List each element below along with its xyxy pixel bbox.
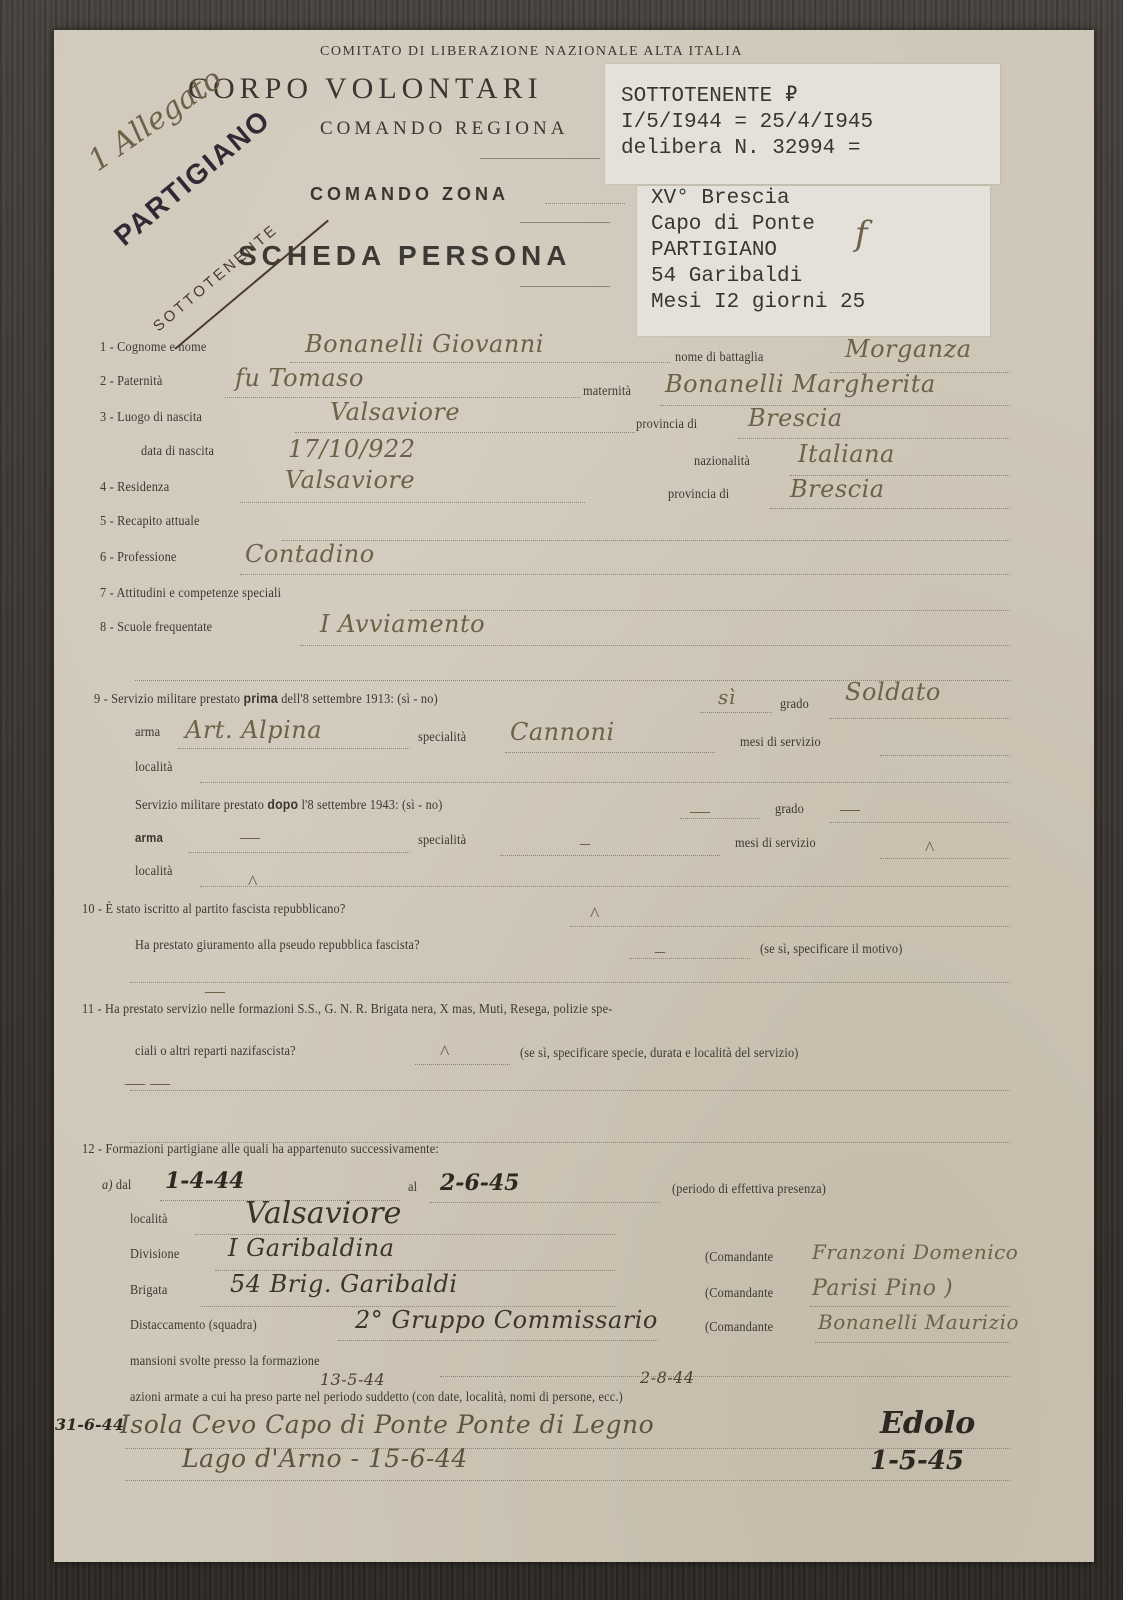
armed-actions-label: azioni armate a cui ha preso parte nel p… bbox=[130, 1390, 623, 1406]
full-name-value: Bonanelli Giovanni bbox=[305, 330, 544, 358]
military-after-label: Servizio militare prestato dopo l'8 sett… bbox=[135, 796, 443, 814]
brigade-label: Brigata bbox=[130, 1283, 167, 1299]
mother-value: Bonanelli Margherita bbox=[665, 370, 936, 398]
military-before-answer: sì bbox=[718, 685, 736, 709]
brigade-line: 54 Garibaldi bbox=[651, 264, 990, 290]
battle-name-label: nome di battaglia bbox=[675, 350, 764, 366]
nazifascist-question-line2: ciali o altri reparti nazifascista? bbox=[135, 1044, 296, 1060]
dots bbox=[410, 610, 1010, 611]
residence-province-label: provincia di bbox=[668, 487, 729, 503]
initial-mark: f bbox=[855, 214, 868, 254]
military-after-answer: — bbox=[690, 800, 710, 823]
regional-command: COMANDO REGIONA bbox=[320, 118, 568, 140]
detachment-label: Distaccamento (squadra) bbox=[130, 1318, 257, 1334]
oath-answer: – bbox=[655, 940, 665, 963]
birthplace-value: Valsaviore bbox=[330, 398, 460, 426]
duration-line: Mesi I2 giorni 25 bbox=[651, 290, 990, 316]
mother-label: maternità bbox=[583, 384, 631, 400]
division-label: Divisione bbox=[130, 1247, 180, 1263]
period-from-value: 1-4-44 bbox=[165, 1168, 245, 1194]
dots bbox=[130, 982, 1010, 983]
specialty-value: Cannoni bbox=[510, 718, 615, 746]
military-before-label: 9 - Servizio militare prestato prima del… bbox=[94, 690, 438, 708]
dots bbox=[338, 1340, 658, 1341]
after-months-value: ^ bbox=[925, 838, 934, 861]
nationality-label: nazionalità bbox=[694, 454, 750, 470]
field-4-label: 4 - Residenza bbox=[100, 480, 169, 496]
location-line: Capo di Ponte bbox=[651, 212, 990, 238]
dots bbox=[570, 926, 1010, 927]
dots bbox=[290, 362, 670, 363]
period-to-value: 2-6-45 bbox=[440, 1170, 520, 1196]
dots bbox=[815, 1342, 1010, 1343]
after-locality-value: ^ bbox=[248, 872, 257, 895]
division-commander-value: Franzoni Domenico bbox=[812, 1240, 1018, 1264]
division-commander-label: (Comandante bbox=[705, 1250, 773, 1266]
field-7-label: 7 - Attitudini e competenze speciali bbox=[100, 586, 281, 602]
dots bbox=[295, 432, 635, 433]
fascist-party-question: 10 - È stato iscritto al partito fascist… bbox=[82, 902, 346, 918]
armed-actions-date-b: 2-8-44 bbox=[640, 1368, 695, 1387]
divider bbox=[520, 222, 610, 223]
field-5-label: 5 - Recapito attuale bbox=[100, 514, 200, 530]
dots bbox=[125, 1480, 1010, 1481]
residence-value: Valsaviore bbox=[285, 466, 415, 494]
dots bbox=[200, 886, 1010, 887]
zone-line: XV° Brescia bbox=[651, 186, 990, 212]
dots bbox=[830, 718, 1010, 719]
division-value: I Garibaldina bbox=[228, 1234, 394, 1262]
arm-label: arma bbox=[135, 725, 160, 741]
father-value: fu Tomaso bbox=[235, 364, 364, 392]
fascist-party-answer: ^ bbox=[590, 904, 599, 927]
oath-question: Ha prestato giuramento alla pseudo repub… bbox=[135, 938, 420, 954]
oath-extra: — bbox=[205, 980, 225, 1003]
armed-actions-line2: Lago d'Arno - 15-6-44 bbox=[182, 1444, 468, 1473]
armed-actions-date-end: 1-5-45 bbox=[870, 1446, 964, 1476]
formation-locality-value: Valsaviore bbox=[245, 1196, 401, 1231]
after-specialty-value: – bbox=[580, 832, 590, 855]
dots bbox=[282, 540, 1010, 541]
dots bbox=[505, 752, 715, 753]
nazifascist-extra: — — bbox=[125, 1072, 170, 1095]
armed-actions-date-c: 31-6-44 bbox=[55, 1415, 124, 1434]
locality-label: località bbox=[135, 760, 173, 776]
form-title: SCHEDA PERSONA bbox=[238, 240, 571, 272]
armed-actions-place-end: Edolo bbox=[880, 1406, 975, 1441]
dots bbox=[130, 1090, 1010, 1091]
brigade-value: 54 Brig. Garibaldi bbox=[230, 1270, 458, 1298]
dots bbox=[430, 1202, 660, 1203]
rank-value: Soldato bbox=[845, 678, 941, 706]
dots bbox=[178, 748, 410, 749]
divider bbox=[480, 158, 600, 159]
period-from-label: a) dal bbox=[102, 1178, 131, 1194]
divider bbox=[520, 286, 610, 287]
period-note: (periodo di effettiva presenza) bbox=[672, 1182, 826, 1198]
specialty-label: specialità bbox=[418, 730, 466, 746]
birth-province-value: Brescia bbox=[748, 404, 843, 432]
after-months-label: mesi di servizio bbox=[735, 836, 816, 852]
committee-header: COMITATO DI LIBERAZIONE NAZIONALE ALTA I… bbox=[320, 44, 743, 60]
residence-province-value: Brescia bbox=[790, 475, 885, 503]
after-locality-label: località bbox=[135, 864, 173, 880]
dots bbox=[500, 855, 720, 856]
nazifascist-note: (se sì, specificare specie, durata e loc… bbox=[520, 1046, 799, 1062]
corps-title: CORPO VOLONTARI bbox=[188, 72, 543, 106]
dots bbox=[415, 1064, 510, 1065]
after-specialty-label: specialità bbox=[418, 833, 466, 849]
status-line: PARTIGIANO bbox=[651, 238, 990, 264]
typed-rank-label: SOTTOTENENTE ₽ I/5/I944 = 25/4/I945 deli… bbox=[605, 64, 1000, 184]
rank-label: grado bbox=[780, 697, 809, 713]
field-8-label: 8 - Scuole frequentate bbox=[100, 620, 212, 636]
schools-value: I Avviamento bbox=[320, 610, 485, 638]
service-period-line: I/5/I944 = 25/4/I945 bbox=[621, 110, 1000, 136]
birthdate-value: 17/10/922 bbox=[288, 435, 416, 463]
armed-actions-line1: Isola Cevo Capo di Ponte Ponte di Legno bbox=[120, 1410, 654, 1439]
resolution-line: delibera N. 32994 = bbox=[621, 136, 1000, 162]
formation-locality-label: località bbox=[130, 1212, 168, 1228]
dots bbox=[300, 645, 1010, 646]
field-6-label: 6 - Professione bbox=[100, 550, 177, 566]
period-to-label: al bbox=[408, 1180, 417, 1196]
months-label: mesi di servizio bbox=[740, 735, 821, 751]
detachment-value: 2° Gruppo Commissario bbox=[355, 1306, 658, 1334]
arm-value: Art. Alpina bbox=[185, 716, 322, 744]
detachment-commander-label: (Comandante bbox=[705, 1320, 773, 1336]
dots bbox=[630, 958, 750, 959]
dots bbox=[830, 822, 1010, 823]
dots bbox=[240, 574, 1010, 575]
partisan-formations-title: 12 - Formazioni partigiane alle quali ha… bbox=[82, 1142, 439, 1158]
dots bbox=[200, 782, 1010, 783]
dots bbox=[188, 852, 410, 853]
dots bbox=[440, 1376, 1010, 1377]
after-rank-label: grado bbox=[775, 802, 804, 818]
dots bbox=[810, 1306, 1010, 1307]
dots bbox=[700, 712, 772, 713]
after-rank-value: — bbox=[840, 798, 860, 821]
dots bbox=[880, 858, 1010, 859]
zone-command: COMANDO ZONA bbox=[310, 184, 509, 205]
birthdate-label: data di nascita bbox=[141, 444, 214, 460]
after-arm-label: arma bbox=[135, 830, 163, 845]
field-2-label: 2 - Paternità bbox=[100, 374, 163, 390]
rank-line: SOTTOTENENTE ₽ bbox=[621, 84, 1000, 110]
dots bbox=[770, 508, 1010, 509]
typed-zone-label: XV° Brescia Capo di Ponte PARTIGIANO 54 … bbox=[637, 186, 990, 336]
detachment-commander-value: Bonanelli Maurizio bbox=[818, 1310, 1019, 1334]
field-1-label: 1 - Cognome e nome bbox=[100, 340, 207, 356]
nazifascist-answer: ^ bbox=[440, 1042, 449, 1065]
profession-value: Contadino bbox=[245, 540, 375, 568]
zone-dots bbox=[545, 203, 625, 204]
duties-label: mansioni svolte presso la formazione bbox=[130, 1354, 320, 1370]
nationality-value: Italiana bbox=[798, 440, 895, 468]
field-3-label: 3 - Luogo di nascita bbox=[100, 410, 202, 426]
after-arm-value: — bbox=[240, 826, 260, 849]
nazifascist-question-line1: 11 - Ha prestato servizio nelle formazio… bbox=[82, 1002, 613, 1018]
dots bbox=[738, 438, 1010, 439]
brigade-commander-label: (Comandante bbox=[705, 1286, 773, 1302]
dots bbox=[240, 502, 585, 503]
dots bbox=[880, 755, 1010, 756]
battle-name-value: Morganza bbox=[845, 335, 972, 363]
armed-actions-date-a: 13-5-44 bbox=[320, 1370, 385, 1389]
oath-note: (se sì, specificare il motivo) bbox=[760, 942, 902, 958]
province-label: provincia di bbox=[636, 417, 697, 433]
brigade-commander-value: Parisi Pino ) bbox=[812, 1276, 953, 1301]
